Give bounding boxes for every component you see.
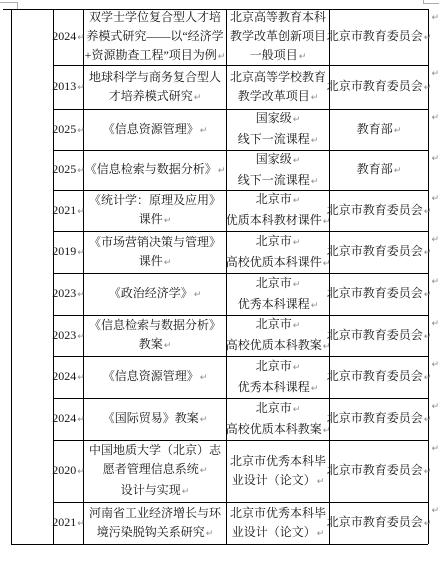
cell-text: 2023	[52, 328, 76, 342]
achievements-table: 2024↵ 双学士学位复合型人才培养模式研究——以“经济学+资源勘查工程”项目为…	[11, 10, 428, 545]
cell-text: 教育部	[357, 122, 393, 136]
table-row: 2025↵ 《信息资源管理》↵ 国家级↵线下一流课程↵ 教育部↵ ↵	[54, 110, 429, 151]
cell-text: 优质本科教材课件	[226, 213, 322, 227]
cell-line: 高校优质本科课件↵	[226, 253, 331, 274]
cell-text: 北京市教育委员会	[327, 515, 423, 529]
cell-end-mark: ↵	[206, 529, 214, 539]
cell-text: 课件	[139, 212, 163, 226]
cell-text: 《国际贸易》教案	[103, 411, 199, 425]
cell-text: 北京市优秀本科毕	[230, 506, 326, 520]
cell-text: 2020	[52, 463, 76, 477]
cell-text: 北京市教育委员会	[327, 29, 423, 43]
award-level-cell: 北京市↵高校优质本科教案↵	[227, 399, 330, 440]
row-end-mark: ↵	[431, 402, 439, 412]
year-cell: 2021↵	[54, 503, 84, 544]
cell-text: 北京市	[256, 276, 292, 290]
cell-text: 北京高等学校教育	[230, 70, 326, 84]
cell-text: 2025	[52, 162, 76, 176]
cell-text: 中国地质大学（北京）志	[89, 443, 221, 457]
cell-line: 2023↵	[52, 284, 85, 305]
award-level-cell: 北京市优秀本科毕业设计（论文）↵	[227, 441, 330, 502]
cell-line: 中国地质大学（北京）志	[89, 441, 221, 460]
cell-text: 《信息检索与数据分析》	[89, 318, 221, 332]
cell-end-mark: ↵	[311, 136, 319, 146]
cell-end-mark: ↵	[164, 216, 172, 226]
achievement-title-cell: 河南省工业经济增长与环境污染脱钩关系研究↵	[84, 503, 227, 544]
award-level-cell: 国家级↵线下一流课程↵	[227, 151, 330, 190]
cell-line: 2013↵	[52, 77, 85, 98]
achievement-title-cell: 《统计学：原理及应用》课件↵	[84, 191, 227, 231]
award-level-cell: 北京市↵优质本科教材课件↵	[227, 191, 330, 231]
cell-text: 北京高等教育本科	[230, 10, 326, 24]
cell-end-mark: ↵	[182, 487, 190, 497]
cell-end-mark: ↵	[218, 52, 226, 62]
cell-end-mark: ↵	[218, 166, 226, 176]
cell-line: 2023↵	[52, 326, 85, 347]
cell-text: 北京市	[256, 359, 292, 373]
row-end-mark: ↵	[431, 194, 439, 204]
cell-line: 2025↵	[52, 120, 85, 141]
year-cell: 2013↵	[54, 66, 84, 109]
cell-end-mark: ↵	[194, 93, 202, 103]
issuing-authority-cell: 教育部↵	[330, 151, 429, 190]
cell-line: 《统计学：原理及应用》	[89, 191, 221, 210]
cell-text: 北京市教育委员会	[327, 203, 423, 217]
year-cell: 2020↵	[54, 441, 84, 502]
award-level-cell: 北京市↵优秀本科课程↵	[227, 274, 330, 315]
cell-text: 《市场营销决策与管理》	[89, 235, 221, 249]
cell-line: 《国际贸易》教案↵	[103, 409, 208, 430]
cell-line: 2024↵	[52, 367, 85, 388]
cell-text: 《信息资源管理》	[103, 369, 199, 383]
cell-text: 北京市教育委员会	[327, 244, 423, 258]
cell-text: 《信息检索与数据分析》	[85, 162, 217, 176]
cell-text: 2019	[52, 244, 76, 258]
issuing-authority-cell: 北京市教育委员会↵	[330, 357, 429, 398]
cell-line: 养模式研究——以“经济学	[86, 27, 223, 46]
cell-end-mark: ↵	[424, 33, 432, 43]
cell-end-mark: ↵	[317, 529, 325, 539]
cell-line: 北京市教育委员会↵	[327, 367, 432, 388]
cell-end-mark: ↵	[293, 280, 301, 290]
cell-text: 2013	[52, 79, 76, 93]
issuing-authority-cell: 北京市教育委员会↵	[330, 232, 429, 273]
cell-line: 高校优质本科教案↵	[226, 336, 331, 357]
cell-text: 教案	[139, 337, 163, 351]
table-row: 2013↵ 地球科学与商务复合型人才培养模式研究↵ 北京高等学校教育教学改革项目…	[54, 66, 429, 110]
table-row: 2020↵ 中国地质大学（北京）志愿者管理信息系统↵设计与实现↵ 北京市优秀本科…	[54, 441, 429, 503]
cell-text: 《统计学：原理及应用》	[89, 193, 221, 207]
cell-line: 设计与实现↵	[121, 481, 190, 502]
cell-end-mark: ↵	[311, 177, 319, 187]
cell-text: 北京市教育委员会	[327, 411, 423, 425]
award-level-cell: 国家级↵线下一流课程↵	[227, 110, 330, 150]
cell-text: 境污染脱钩关系研究	[97, 525, 205, 539]
cell-line: 北京市↵	[256, 357, 301, 378]
cell-text: 高校优质本科课件	[226, 255, 322, 269]
cell-line: 高校优质本科教案↵	[226, 420, 331, 441]
cell-text: 线下一流课程	[238, 173, 310, 187]
row-end-mark: ↵	[431, 360, 439, 370]
row-end-mark: ↵	[431, 113, 439, 123]
page-margin-mark-top-left-horizontal	[0, 2, 18, 3]
year-cell: 2024↵	[54, 10, 84, 65]
cell-line: 课件↵	[139, 252, 172, 273]
cell-text: 北京市	[256, 317, 292, 331]
cell-text: 愿者管理信息系统	[103, 462, 199, 476]
cell-line: 优质本科教材课件↵	[226, 211, 331, 232]
award-level-cell: 北京高等教育本科教学改革创新项目一般项目↵	[227, 10, 330, 65]
cell-text: 养模式研究——以“经济学	[86, 29, 223, 43]
achievement-title-cell: 地球科学与商务复合型人才培养模式研究↵	[84, 66, 227, 109]
cell-line: 北京市教育委员会↵	[327, 77, 432, 98]
cell-line: 北京市教育委员会↵	[327, 513, 432, 534]
achievement-title-cell: 《市场营销决策与管理》课件↵	[84, 232, 227, 273]
cell-line: 北京高等学校教育	[230, 68, 326, 87]
achievement-title-cell: 《政治经济学》↵	[84, 274, 227, 315]
cell-text: 业设计（论文）	[232, 525, 316, 539]
cell-end-mark: ↵	[293, 405, 301, 415]
award-level-cell: 北京市↵优秀本科课程↵	[227, 357, 330, 398]
cell-text: 一般项目	[250, 48, 298, 62]
cell-line: 国家级↵	[256, 109, 301, 130]
issuing-authority-cell: 北京市教育委员会↵	[330, 274, 429, 315]
cell-end-mark: ↵	[164, 258, 172, 268]
cell-line: 《信息检索与数据分析》↵	[85, 160, 226, 181]
cell-line: 课件↵	[139, 210, 172, 231]
issuing-authority-cell: 北京市教育委员会↵	[330, 316, 429, 356]
cell-line: 双学士学位复合型人才培	[89, 8, 221, 27]
cell-line: 国家级↵	[256, 150, 301, 171]
cell-line: 《信息资源管理》↵	[103, 120, 208, 141]
cell-text: 2021	[52, 515, 76, 529]
cell-line: 业设计（论文）↵	[232, 523, 325, 544]
cell-line: 优秀本科课程↵	[238, 378, 319, 399]
cell-line: 北京市教育委员会↵	[327, 201, 432, 222]
cell-line: 才培养模式研究↵	[109, 87, 202, 108]
row-end-mark: ↵	[431, 154, 439, 164]
cell-text: 2023	[52, 286, 76, 300]
row-end-mark: ↵	[431, 235, 439, 245]
cell-line: 2024↵	[52, 27, 85, 48]
year-cell: 2025↵	[54, 110, 84, 150]
cell-line: 教学改革项目↵	[238, 87, 319, 108]
table-rows-container: 2024↵ 双学士学位复合型人才培养模式研究——以“经济学+资源勘查工程”项目为…	[54, 10, 429, 544]
award-level-cell: 北京市↵高校优质本科教案↵	[227, 316, 330, 356]
cell-text: 2021	[52, 203, 76, 217]
cell-text: 线下一流课程	[238, 132, 310, 146]
achievement-title-cell: 《信息检索与数据分析》教案↵	[84, 316, 227, 356]
table-row: 2023↵ 《政治经济学》↵ 北京市↵优秀本科课程↵ 北京市教育委员会↵ ↵	[54, 274, 429, 316]
year-cell: 2023↵	[54, 274, 84, 315]
cell-line: 北京市↵	[256, 399, 301, 420]
cell-text: 高校优质本科教案	[226, 422, 322, 436]
cell-line: 线下一流课程↵	[238, 130, 319, 151]
cell-line: 2020↵	[52, 461, 85, 482]
row-end-mark: ↵	[431, 506, 439, 516]
cell-line: 北京市优秀本科毕	[230, 504, 326, 523]
cell-end-mark: ↵	[394, 166, 402, 176]
cell-line: 北京市教育委员会↵	[327, 461, 432, 482]
cell-line: 境污染脱钩关系研究↵	[97, 523, 214, 544]
word-document-page: 2024↵ 双学士学位复合型人才培养模式研究——以“经济学+资源勘查工程”项目为…	[0, 0, 439, 563]
cell-text: 北京市	[256, 192, 292, 206]
cell-line: 北京市教育委员会↵	[327, 409, 432, 430]
cell-end-mark: ↵	[164, 341, 172, 351]
year-cell: 2023↵	[54, 316, 84, 356]
cell-end-mark: ↵	[200, 373, 208, 383]
row-end-mark: ↵	[431, 277, 439, 287]
cell-text: 地球科学与商务复合型人	[89, 70, 221, 84]
cell-end-mark: ↵	[293, 363, 301, 373]
table-row: 2025↵ 《信息检索与数据分析》↵ 国家级↵线下一流课程↵ 教育部↵ ↵	[54, 151, 429, 191]
cell-line: 北京市教育委员会↵	[327, 284, 432, 305]
row-end-mark: ↵	[431, 319, 439, 329]
cell-line: 北京市教育委员会↵	[327, 27, 432, 48]
achievement-title-cell: 《信息资源管理》↵	[84, 357, 227, 398]
table-empty-merged-column	[12, 10, 54, 544]
issuing-authority-cell: 教育部↵	[330, 110, 429, 150]
achievement-title-cell: 中国地质大学（北京）志愿者管理信息系统↵设计与实现↵	[84, 441, 227, 502]
cell-text: 高校优质本科教案	[226, 338, 322, 352]
cell-line: 《信息资源管理》↵	[103, 367, 208, 388]
award-level-cell: 北京高等学校教育教学改革项目↵	[227, 66, 330, 109]
cell-text: +资源勘查工程”项目为例	[85, 48, 217, 62]
cell-text: 2025	[52, 122, 76, 136]
cell-text: 北京市教育委员会	[327, 463, 423, 477]
cell-text: 2024	[52, 369, 76, 383]
cell-end-mark: ↵	[424, 332, 432, 342]
cell-text: 教学改革项目	[238, 89, 310, 103]
achievement-title-cell: 《信息检索与数据分析》↵	[84, 151, 227, 190]
achievement-title-cell: 双学士学位复合型人才培养模式研究——以“经济学+资源勘查工程”项目为例↵	[84, 10, 227, 65]
page-margin-mark-top-right-horizontal	[423, 3, 439, 4]
cell-text: 国家级	[256, 152, 292, 166]
cell-end-mark: ↵	[424, 207, 432, 217]
cell-text: 2024	[52, 411, 76, 425]
table-row: 2024↵ 《信息资源管理》↵ 北京市↵优秀本科课程↵ 北京市教育委员会↵ ↵	[54, 357, 429, 399]
cell-line: 2024↵	[52, 409, 85, 430]
cell-end-mark: ↵	[424, 290, 432, 300]
cell-end-mark: ↵	[317, 477, 325, 487]
table-row: 2024↵ 《国际贸易》教案↵ 北京市↵高校优质本科教案↵ 北京市教育委员会↵ …	[54, 399, 429, 441]
cell-end-mark: ↵	[311, 301, 319, 311]
issuing-authority-cell: 北京市教育委员会↵	[330, 503, 429, 544]
cell-text: 国家级	[256, 111, 292, 125]
cell-line: 北京市↵	[256, 190, 301, 211]
cell-line: 《信息检索与数据分析》	[89, 316, 221, 335]
award-level-cell: 北京市优秀本科毕业设计（论文）↵	[227, 503, 330, 544]
table-row: 2023↵ 《信息检索与数据分析》教案↵ 北京市↵高校优质本科教案↵ 北京市教育…	[54, 316, 429, 357]
cell-text: 北京市教育委员会	[327, 369, 423, 383]
cell-line: 教案↵	[139, 335, 172, 356]
cell-line: 北京市教育委员会↵	[327, 326, 432, 347]
cell-line: 北京高等教育本科	[230, 8, 326, 27]
cell-text: 河南省工业经济增长与环	[89, 506, 221, 520]
cell-text: 课件	[139, 254, 163, 268]
cell-text: 北京市	[256, 234, 292, 248]
cell-end-mark: ↵	[311, 93, 319, 103]
cell-text: 双学士学位复合型人才培	[89, 10, 221, 24]
cell-end-mark: ↵	[311, 384, 319, 394]
cell-text: 2024	[52, 29, 76, 43]
cell-line: 北京市↵	[256, 315, 301, 336]
year-cell: 2024↵	[54, 399, 84, 440]
issuing-authority-cell: 北京市教育委员会↵	[330, 191, 429, 231]
cell-line: 2025↵	[52, 160, 85, 181]
cell-end-mark: ↵	[424, 519, 432, 529]
cell-end-mark: ↵	[424, 83, 432, 93]
cell-line: 业设计（论文）↵	[232, 471, 325, 492]
cell-text: 设计与实现	[121, 483, 181, 497]
cell-line: 线下一流课程↵	[238, 171, 319, 192]
cell-end-mark: ↵	[293, 196, 301, 206]
cell-text: 北京市教育委员会	[327, 79, 423, 93]
cell-line: 教育部↵	[357, 120, 402, 141]
year-cell: 2019↵	[54, 232, 84, 273]
cell-line: 2021↵	[52, 513, 85, 534]
cell-line: 教学改革创新项目	[230, 27, 326, 46]
table-row: 2021↵ 河南省工业经济增长与环境污染脱钩关系研究↵ 北京市优秀本科毕业设计（…	[54, 503, 429, 544]
cell-text: 《政治经济学》	[109, 286, 193, 300]
issuing-authority-cell: 北京市教育委员会↵	[330, 441, 429, 502]
cell-end-mark: ↵	[200, 126, 208, 136]
achievement-title-cell: 《国际贸易》教案↵	[84, 399, 227, 440]
cell-end-mark: ↵	[194, 290, 202, 300]
issuing-authority-cell: 北京市教育委员会↵	[330, 399, 429, 440]
table-row: 2019↵ 《市场营销决策与管理》课件↵ 北京市↵高校优质本科课件↵ 北京市教育…	[54, 232, 429, 274]
cell-end-mark: ↵	[424, 248, 432, 258]
cell-text: 才培养模式研究	[109, 89, 193, 103]
cell-end-mark: ↵	[394, 126, 402, 136]
cell-end-mark: ↵	[424, 467, 432, 477]
cell-end-mark: ↵	[424, 415, 432, 425]
cell-end-mark: ↵	[293, 156, 301, 166]
cell-text: 教学改革创新项目	[230, 29, 326, 43]
table-row: 2024↵ 双学士学位复合型人才培养模式研究——以“经济学+资源勘查工程”项目为…	[54, 10, 429, 66]
achievement-title-cell: 《信息资源管理》↵	[84, 110, 227, 150]
cell-text: 优秀本科课程	[238, 297, 310, 311]
issuing-authority-cell: 北京市教育委员会↵	[330, 66, 429, 109]
cell-end-mark: ↵	[200, 466, 208, 476]
cell-line: 教育部↵	[357, 160, 402, 181]
cell-line: 一般项目↵	[250, 46, 307, 67]
year-cell: 2021↵	[54, 191, 84, 231]
cell-line: 2021↵	[52, 201, 85, 222]
cell-line: +资源勘查工程”项目为例↵	[85, 46, 226, 67]
cell-end-mark: ↵	[293, 238, 301, 248]
cell-text: 北京市教育委员会	[327, 328, 423, 342]
cell-text: 北京市	[256, 401, 292, 415]
cell-text: 《信息资源管理》	[103, 122, 199, 136]
cell-line: 北京市↵	[256, 232, 301, 253]
cell-end-mark: ↵	[424, 373, 432, 383]
year-cell: 2024↵	[54, 357, 84, 398]
cell-end-mark: ↵	[293, 115, 301, 125]
cell-text: 北京市教育委员会	[327, 286, 423, 300]
cell-line: 北京市优秀本科毕	[230, 452, 326, 471]
cell-line: 愿者管理信息系统↵	[103, 460, 208, 481]
cell-line: 《市场营销决策与管理》	[89, 233, 221, 252]
cell-text: 北京市优秀本科毕	[230, 454, 326, 468]
cell-text: 教育部	[357, 162, 393, 176]
row-end-mark: ↵	[431, 444, 439, 454]
row-end-mark: ↵	[431, 13, 439, 23]
issuing-authority-cell: 北京市教育委员会↵	[330, 10, 429, 65]
cell-line: 2019↵	[52, 242, 85, 263]
cell-line: 地球科学与商务复合型人	[89, 68, 221, 87]
table-row: 2021↵ 《统计学：原理及应用》课件↵ 北京市↵优质本科教材课件↵ 北京市教育…	[54, 191, 429, 232]
cell-line: 北京市教育委员会↵	[327, 242, 432, 263]
cell-line: 河南省工业经济增长与环	[89, 504, 221, 523]
cell-end-mark: ↵	[293, 321, 301, 331]
award-level-cell: 北京市↵高校优质本科课件↵	[227, 232, 330, 273]
cell-line: 优秀本科课程↵	[238, 295, 319, 316]
cell-line: 《政治经济学》↵	[109, 284, 202, 305]
row-end-mark: ↵	[431, 69, 439, 79]
cell-text: 业设计（论文）	[232, 473, 316, 487]
cell-text: 优秀本科课程	[238, 380, 310, 394]
year-cell: 2025↵	[54, 151, 84, 190]
cell-end-mark: ↵	[200, 415, 208, 425]
cell-end-mark: ↵	[299, 52, 307, 62]
cell-line: 北京市↵	[256, 274, 301, 295]
